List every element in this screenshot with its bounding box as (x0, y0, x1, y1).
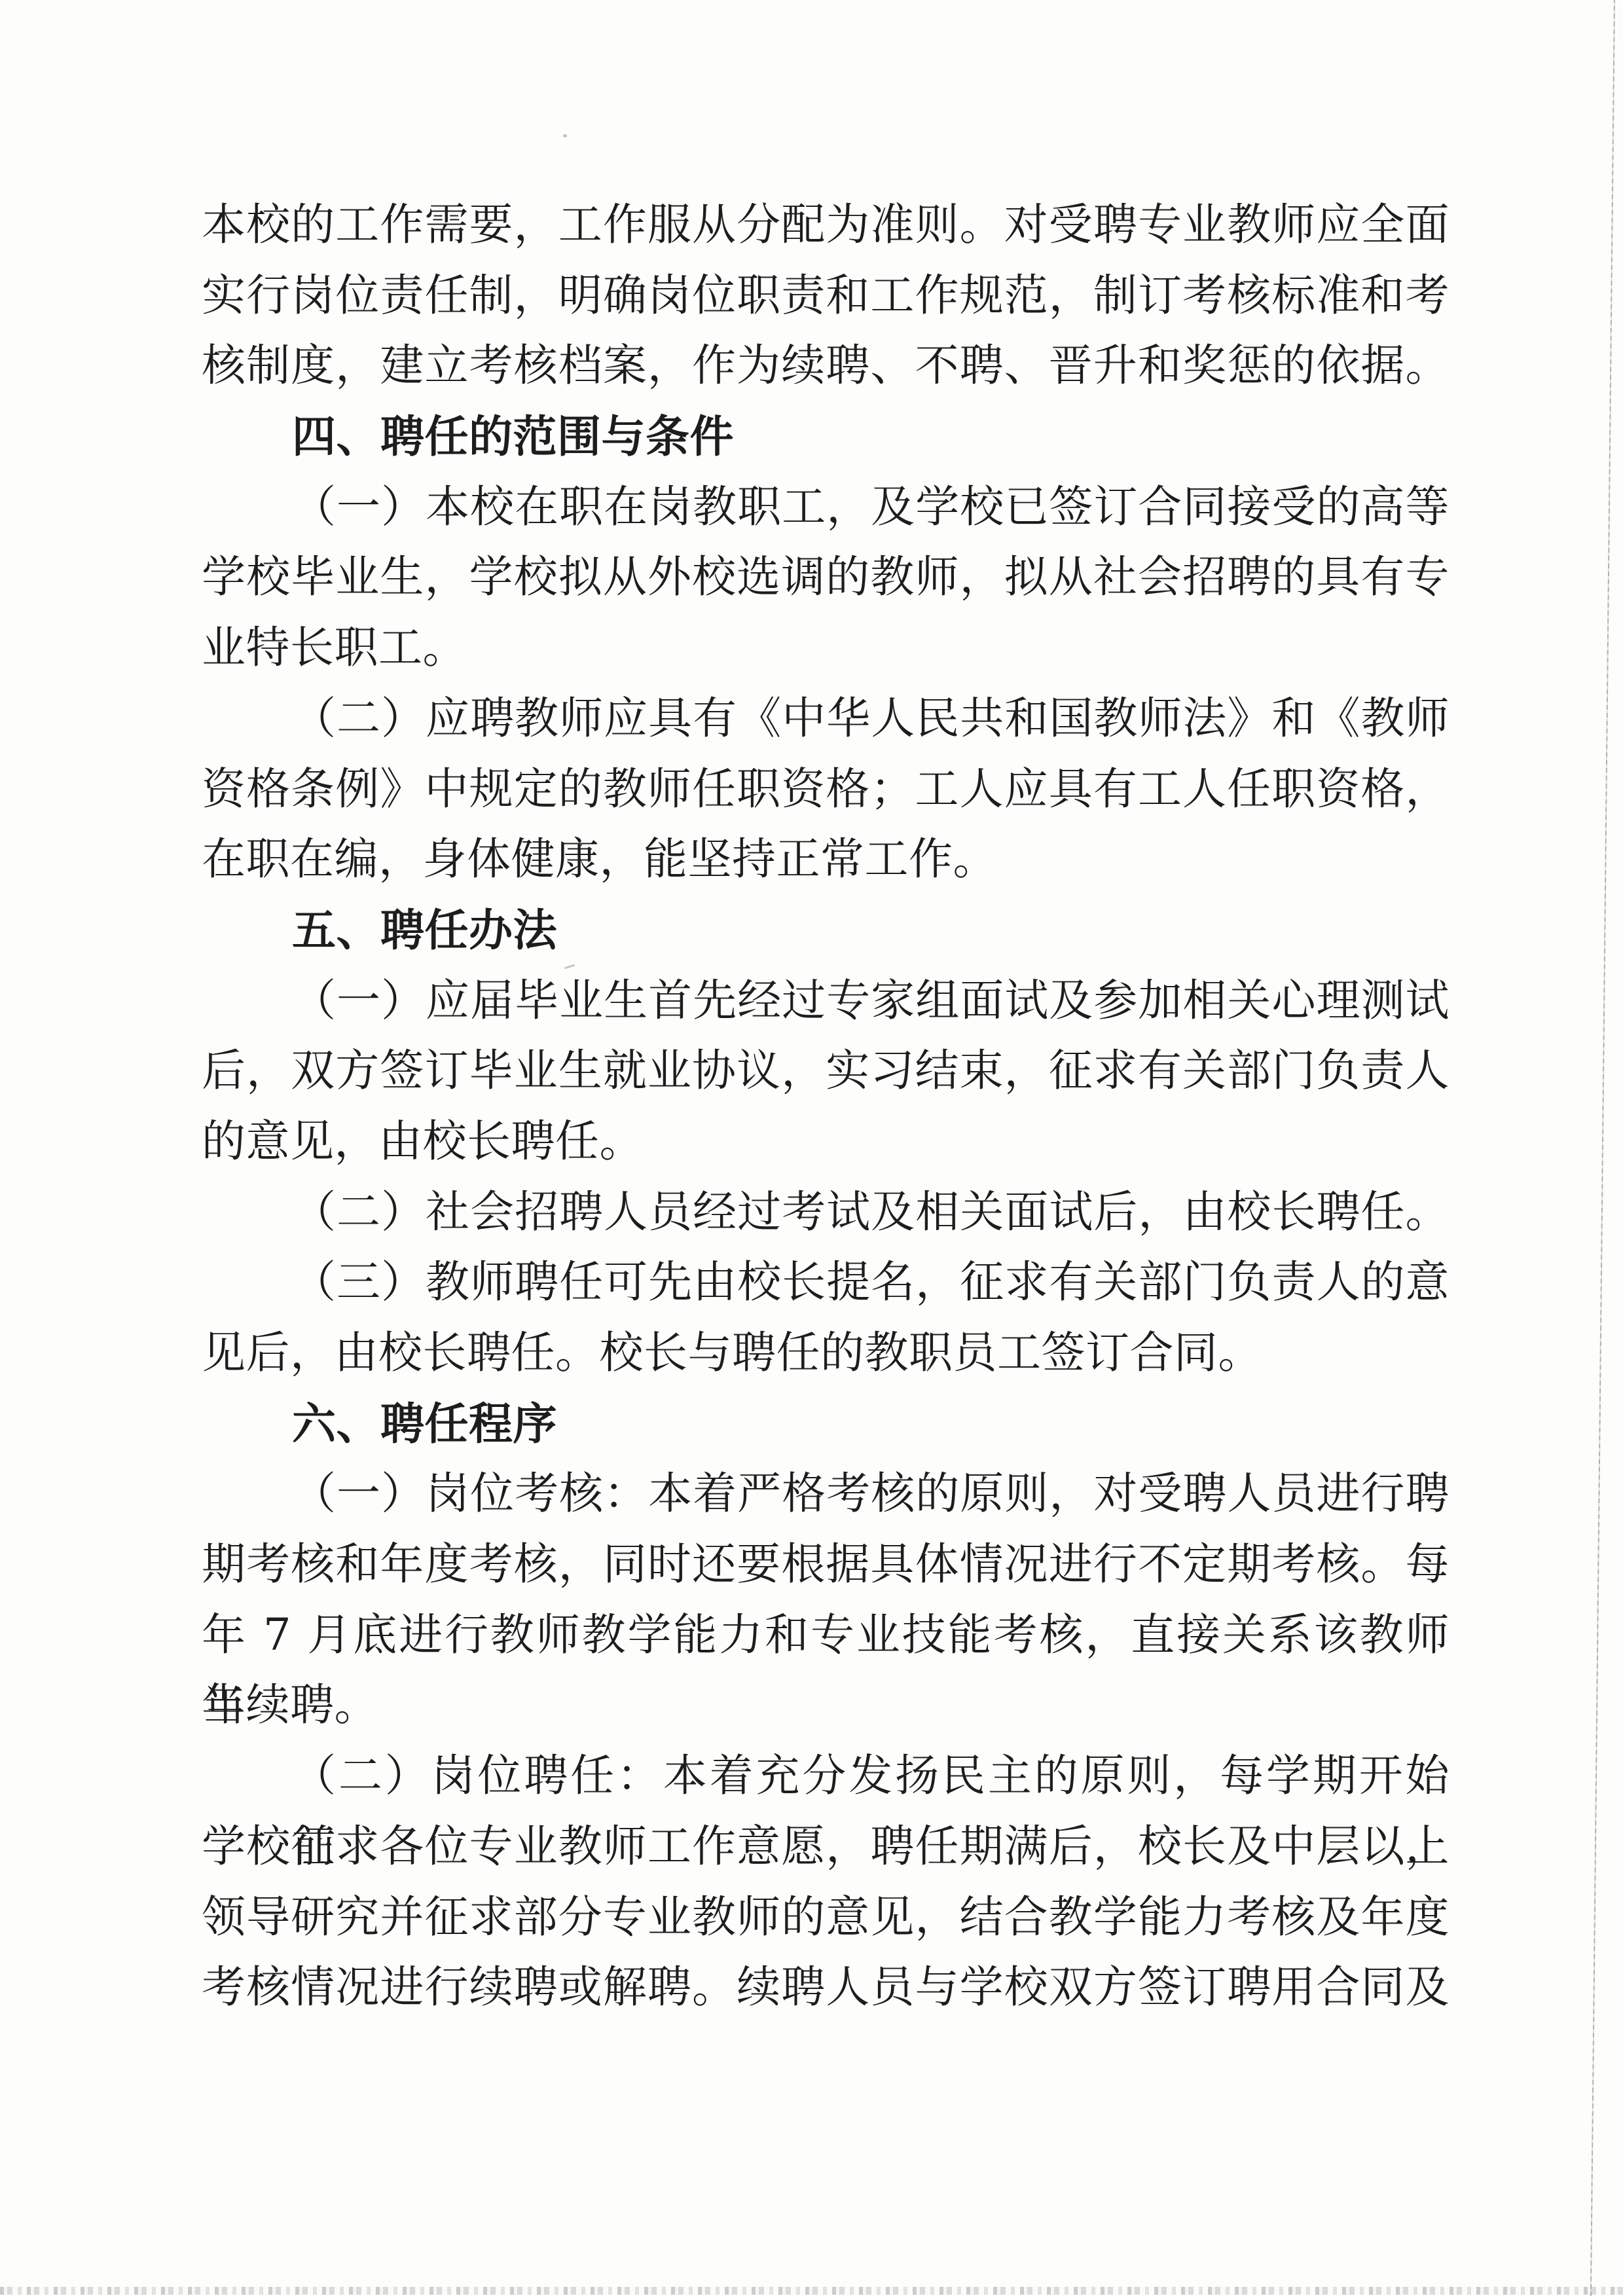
text-line: 核制度，建立考核档案，作为续聘、不聘、晋升和奖惩的依据。 (202, 331, 1450, 401)
section-heading: 四、聘任的范围与条件 (202, 401, 1450, 472)
text-line: 考核情况进行续聘或解聘。续聘人员与学校双方签订聘用合同及 (202, 1952, 1450, 2023)
text-line: 在职在编，身体健康，能坚持正常工作。 (202, 824, 1450, 895)
text-line: 实行岗位责任制，明确岗位职责和工作规范，制订考核标准和考 (202, 261, 1450, 331)
section-heading: 六、聘任程序 (202, 1389, 1450, 1459)
text-line: 后，双方签订毕业生就业协议，实习结束，征求有关部门负责人 (202, 1036, 1450, 1106)
text-line: （二）岗位聘任：本着充分发扬民主的原则，每学期开始前， (202, 1741, 1450, 1812)
text-line: 年 7 月底进行教师教学能力和专业技能考核，直接关系该教师当 (202, 1600, 1450, 1671)
text-line: 本校的工作需要，工作服从分配为准则。对受聘专业教师应全面 (202, 190, 1450, 261)
section-heading: 五、聘任办法 (202, 895, 1450, 966)
text-line: 学校征求各位专业教师工作意愿，聘任期满后，校长及中层以上 (202, 1812, 1450, 1882)
text-line: 资格条例》中规定的教师任职资格；工人应具有工人任职资格， (202, 754, 1450, 825)
text-line: 学校毕业生，学校拟从外校选调的教师，拟从社会招聘的具有专 (202, 542, 1450, 613)
text-line: （一）本校在职在岗教职工，及学校已签订合同接受的高等 (202, 472, 1450, 543)
text-line: （一）应届毕业生首先经过专家组面试及参加相关心理测试 (202, 966, 1450, 1036)
scan-artifact-ink-dot (563, 134, 567, 137)
document-body: 本校的工作需要，工作服从分配为准则。对受聘专业教师应全面实行岗位责任制，明确岗位… (202, 190, 1450, 2023)
scan-artifact-vertical-line (1590, 0, 1615, 2296)
text-line: （一）岗位考核：本着严格考核的原则，对受聘人员进行聘 (202, 1459, 1450, 1529)
text-line: 见后，由校长聘任。校长与聘任的教职员工签订合同。 (202, 1318, 1450, 1389)
text-line: 期考核和年度考核，同时还要根据具体情况进行不定期考核。每 (202, 1529, 1450, 1600)
text-line: （二）社会招聘人员经过考试及相关面试后，由校长聘任。 (202, 1177, 1450, 1248)
document-page: 本校的工作需要，工作服从分配为准则。对受聘专业教师应全面实行岗位责任制，明确岗位… (0, 0, 1623, 2296)
scan-artifact-bottom-noise (0, 2287, 1623, 2295)
text-line: 领导研究并征求部分专业教师的意见，结合教学能力考核及年度 (202, 1882, 1450, 1953)
text-line: 的意见，由校长聘任。 (202, 1106, 1450, 1177)
text-line: 年续聘。 (202, 1670, 1450, 1741)
text-line: 业特长职工。 (202, 613, 1450, 683)
text-line: （三）教师聘任可先由校长提名，征求有关部门负责人的意 (202, 1247, 1450, 1318)
text-line: （二）应聘教师应具有《中华人民共和国教师法》和《教师 (202, 683, 1450, 754)
